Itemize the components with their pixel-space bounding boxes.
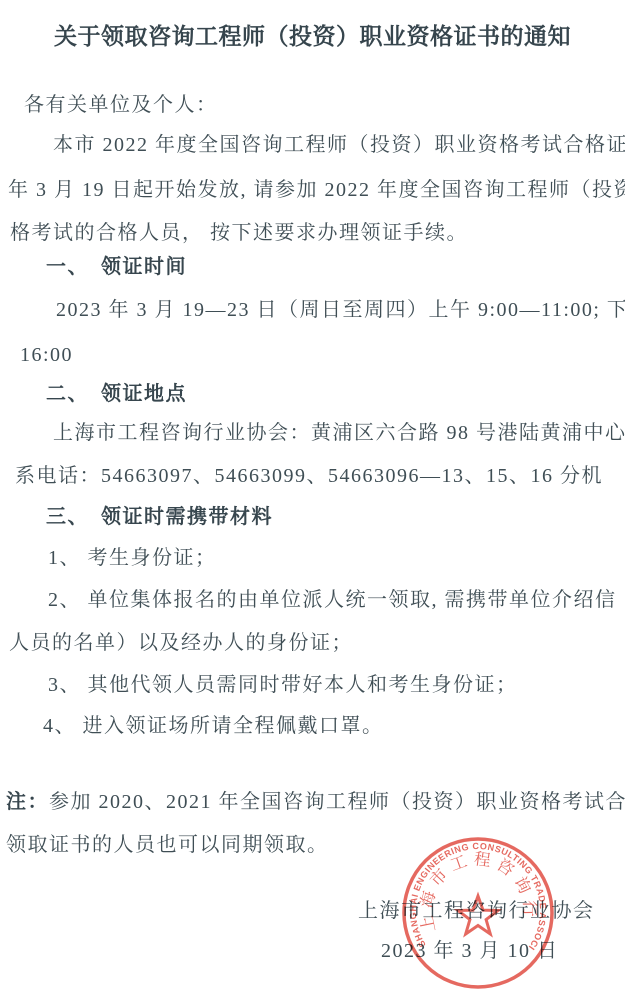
note-line-1: 注：参加 2020、2021 年全国咨询工程师（投资）职业资格考试合格至今 [6, 792, 625, 812]
section-2-number: 二、 [46, 383, 89, 405]
section-3-item-1: 1、 考生身份证； [48, 548, 217, 568]
section-1-line-2: 16:00 [20, 345, 73, 365]
salutation: 各有关单位及个人： [24, 95, 218, 115]
intro-line-2: 年 3 月 19 日起开始发放, 请参加 2022 年度全国咨询工程师（投资）职… [8, 180, 625, 200]
intro-line-1: 本市 2022 年度全国咨询工程师（投资）职业资格考试合格证书于 20 [53, 135, 625, 155]
official-seal-stamp: SHANGHAI ENGINEERING CONSULTING TRADE AS… [400, 833, 560, 993]
note-line-2: 领取证书的人员也可以同期领取。 [6, 835, 329, 855]
section-3-heading-label: 领证时需携带材料 [101, 506, 273, 528]
section-1-line-1: 2023 年 3 月 19—23 日（周日至周四）上午 9:00—11:00; … [56, 300, 625, 320]
section-3-item-2-line-2: 人员的名单）以及经办人的身份证； [9, 633, 353, 653]
document-title: 关于领取咨询工程师（投资）职业资格证书的通知 [0, 18, 625, 51]
section-1-heading-label: 领证时间 [101, 256, 187, 278]
section-1-heading: 一、领证时间 [46, 257, 187, 277]
star-icon [458, 896, 498, 934]
note-line-1-text: 参加 2020、2021 年全国咨询工程师（投资）职业资格考试合格至今 [49, 791, 625, 813]
section-2-line-2: 系电话：54663097、54663099、54663096—13、15、16 … [15, 466, 603, 486]
section-1-number: 一、 [46, 256, 89, 278]
section-3-heading: 三、领证时需携带材料 [46, 507, 273, 527]
intro-line-3: 格考试的合格人员， 按下述要求办理领证手续。 [10, 223, 468, 243]
section-2-line-1: 上海市工程咨询行业协会：黄浦区六合路 98 号港陆黄浦中心 15A， [53, 423, 625, 443]
section-3-number: 三、 [46, 506, 89, 528]
document-page: 关于领取咨询工程师（投资）职业资格证书的通知 各有关单位及个人： 本市 2022… [0, 0, 625, 1000]
section-3-item-4: 4、 进入领证场所请全程佩戴口罩。 [43, 716, 384, 736]
section-3-item-3: 3、 其他代领人员需同时带好本人和考生身份证； [48, 675, 518, 695]
section-2-heading-label: 领证地点 [101, 383, 187, 405]
section-2-heading: 二、领证地点 [46, 384, 187, 404]
note-label: 注： [6, 791, 49, 813]
section-3-item-2-line-1: 2、 单位集体报名的由单位派人统一领取, 需携带单位介绍信（注明领 [48, 590, 625, 610]
